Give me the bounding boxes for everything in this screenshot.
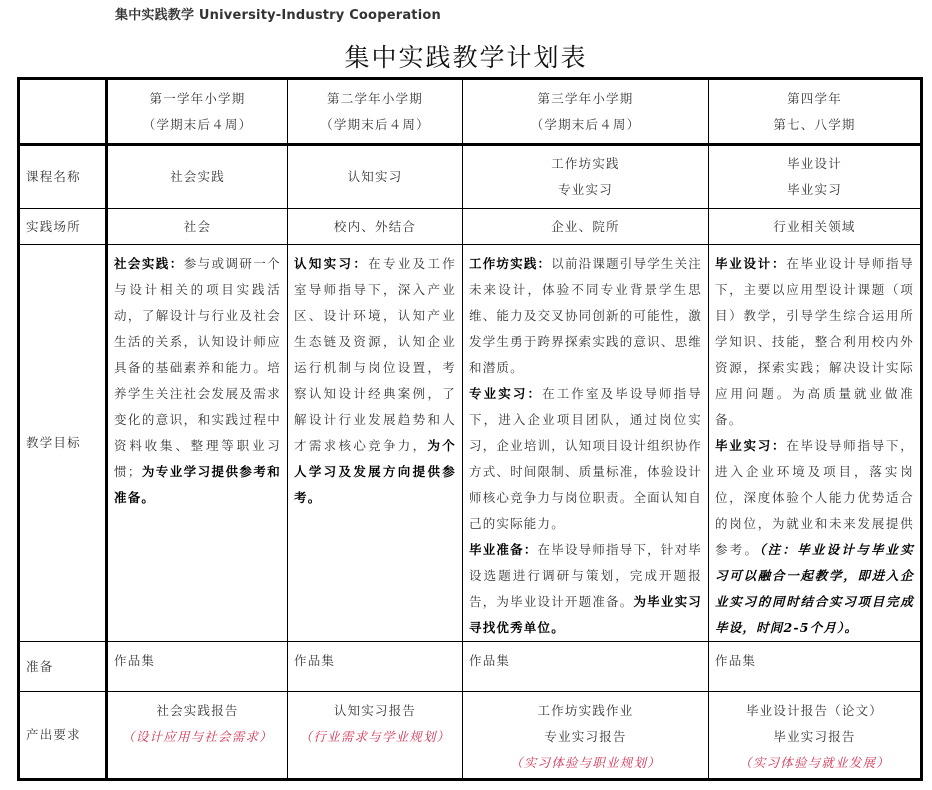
- output-item: 毕业设计报告（论文）: [715, 698, 914, 724]
- goal-heading: 毕业实习：: [715, 438, 786, 453]
- output-item: 认知实习报告: [294, 698, 456, 724]
- output-note: （实习体验与就业发展）: [715, 750, 914, 776]
- output-row: 产出要求 社会实践报告 （设计应用与社会需求） 认知实习报告 （行业需求与学业规…: [19, 692, 922, 780]
- course-name-row: 课程名称 社会实践 认知实习 工作坊实践 专业实习 毕业设计 毕业实习: [19, 145, 922, 209]
- output-cell: 工作坊实践作业 专业实习报告 （实习体验与职业规划）: [463, 692, 709, 780]
- goal-paragraph: 毕业实习：在毕设导师指导下，进入企业环境及项目，落实岗位，深度体验个人能力优势适…: [715, 433, 914, 641]
- venue-cell: 社会: [107, 209, 288, 245]
- course-name-cell: 工作坊实践 专业实习: [463, 145, 709, 209]
- row-label-venue: 实践场所: [19, 209, 107, 245]
- practice-plan-table: 第一学年小学期 （学期末后４周） 第二学年小学期 （学期末后４周） 第三学年小学…: [17, 77, 923, 781]
- goal-paragraph: 工作坊实践：以前沿课题引导学生关注未来设计，体验不同专业背景学生思维、能力及交叉…: [469, 251, 702, 381]
- column-header-year3: 第三学年小学期 （学期末后４周）: [463, 79, 709, 145]
- row-label-teaching-goals: 教学目标: [19, 245, 107, 642]
- preparation-cell: 作品集: [709, 642, 922, 692]
- goal-text: 在毕设导师指导下，进入企业环境及项目，落实岗位，深度体验个人能力优势适合的岗位，…: [715, 438, 914, 557]
- row-label-output: 产出要求: [19, 692, 107, 780]
- goal-heading: 认知实习：: [294, 256, 368, 271]
- goal-text: 参与或调研一个与设计相关的项目实践活动，了解设计与行业及社会生活的关系，认知设计…: [114, 256, 281, 479]
- goal-heading: 毕业准备：: [469, 542, 538, 557]
- course-name-cell: 社会实践: [107, 145, 288, 209]
- venue-cell: 企业、院所: [463, 209, 709, 245]
- goal-heading: 毕业设计：: [715, 256, 786, 271]
- output-note: （设计应用与社会需求）: [114, 724, 281, 750]
- preparation-cell: 作品集: [288, 642, 463, 692]
- teaching-goals-row: 教学目标 社会实践：参与或调研一个与设计相关的项目实践活动，了解设计与行业及社会…: [19, 245, 922, 642]
- goal-text: 在专业及工作室导师指导下，深入产业区、设计环境，认知产业生态链及资源，认知企业运…: [294, 256, 456, 453]
- course-name-cell: 毕业设计 毕业实习: [709, 145, 922, 209]
- goal-cell-cognitive-internship: 认知实习：在专业及工作室导师指导下，深入产业区、设计环境，认知产业生态链及资源，…: [288, 245, 463, 642]
- output-note: （实习体验与职业规划）: [469, 750, 702, 776]
- output-cell: 认知实习报告 （行业需求与学业规划）: [288, 692, 463, 780]
- course-name: 专业实习: [469, 177, 702, 203]
- column-header-line1: 第一学年小学期: [114, 86, 281, 112]
- column-header-line2: （学期末后４周）: [469, 112, 702, 138]
- goal-text: 在毕业设计导师指导下，主要以应用型设计课题（项目）教学，引导学生综合运用所学知识…: [715, 256, 914, 427]
- goal-cell-workshop: 工作坊实践：以前沿课题引导学生关注未来设计，体验不同专业背景学生思维、能力及交叉…: [463, 245, 709, 642]
- goal-heading: 专业实习：: [469, 386, 542, 401]
- course-name: 认知实习: [294, 164, 456, 190]
- venue-cell: 校内、外结合: [288, 209, 463, 245]
- course-name: 毕业设计: [715, 151, 914, 177]
- goal-text: 以前沿课题引导学生关注未来设计，体验不同专业背景学生思维、能力及交叉协同创新的可…: [469, 256, 702, 375]
- document-title: 集中实践教学计划表: [0, 38, 932, 74]
- course-name: 工作坊实践: [469, 151, 702, 177]
- goal-paragraph: 毕业设计：在毕业设计导师指导下，主要以应用型设计课题（项目）教学，引导学生综合运…: [715, 251, 914, 433]
- output-item: 工作坊实践作业: [469, 698, 702, 724]
- column-header-line1: 第二学年小学期: [294, 86, 456, 112]
- column-header-line1: 第三学年小学期: [469, 86, 702, 112]
- output-item: 毕业实习报告: [715, 724, 914, 750]
- output-item: 专业实习报告: [469, 724, 702, 750]
- column-header-year2: 第二学年小学期 （学期末后４周）: [288, 79, 463, 145]
- course-name-cell: 认知实习: [288, 145, 463, 209]
- column-header-line2: （学期末后４周）: [294, 112, 456, 138]
- column-header-line1: 第四学年: [715, 86, 914, 112]
- venue-cell: 行业相关领域: [709, 209, 922, 245]
- output-item: 社会实践报告: [114, 698, 281, 724]
- goal-paragraph: 专业实习：在工作室及毕设导师指导下，进入企业项目团队，通过岗位实习，企业培训，认…: [469, 381, 702, 537]
- column-header-year4: 第四学年 第七、八学期: [709, 79, 922, 145]
- row-label-preparation: 准备: [19, 642, 107, 692]
- output-note: （行业需求与学业规划）: [294, 724, 456, 750]
- header-row: 第一学年小学期 （学期末后４周） 第二学年小学期 （学期末后４周） 第三学年小学…: [19, 79, 922, 145]
- page-header: 集中实践教学 University-Industry Cooperation: [115, 4, 441, 23]
- preparation-row: 准备 作品集 作品集 作品集 作品集: [19, 642, 922, 692]
- goal-cell-social-practice: 社会实践：参与或调研一个与设计相关的项目实践活动，了解设计与行业及社会生活的关系…: [107, 245, 288, 642]
- corner-cell: [19, 79, 107, 145]
- goal-text: 在工作室及毕设导师指导下，进入企业项目团队，通过岗位实习，企业培训，认知项目设计…: [469, 386, 702, 531]
- output-cell: 毕业设计报告（论文） 毕业实习报告 （实习体验与就业发展）: [709, 692, 922, 780]
- column-header-line2: 第七、八学期: [715, 112, 914, 138]
- preparation-cell: 作品集: [107, 642, 288, 692]
- row-label-course-name: 课程名称: [19, 145, 107, 209]
- goal-cell-graduation: 毕业设计：在毕业设计导师指导下，主要以应用型设计课题（项目）教学，引导学生综合运…: [709, 245, 922, 642]
- column-header-year1: 第一学年小学期 （学期末后４周）: [107, 79, 288, 145]
- course-name: 社会实践: [114, 164, 281, 190]
- output-cell: 社会实践报告 （设计应用与社会需求）: [107, 692, 288, 780]
- goal-heading: 工作坊实践：: [469, 256, 551, 271]
- preparation-cell: 作品集: [463, 642, 709, 692]
- course-name: 毕业实习: [715, 177, 914, 203]
- goal-heading: 社会实践：: [114, 256, 184, 271]
- column-header-line2: （学期末后４周）: [114, 112, 281, 138]
- goal-paragraph: 毕业准备：在毕设导师指导下，针对毕设选题进行调研与策划，完成开题报告，为毕业设计…: [469, 537, 702, 641]
- venue-row: 实践场所 社会 校内、外结合 企业、院所 行业相关领域: [19, 209, 922, 245]
